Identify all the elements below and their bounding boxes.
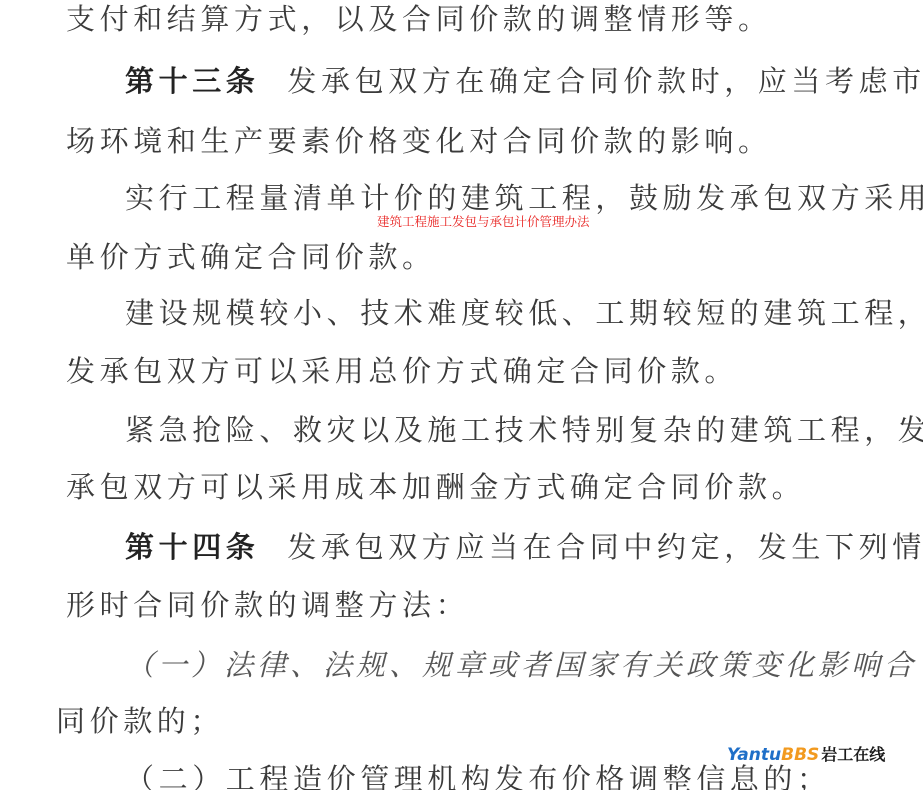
yantubbs-logo: YantuBBS岩工在线 [727,744,885,766]
article-14-text: 发承包双方应当在合同中约定，发生下列情 [287,530,923,564]
text-line-14: （二）工程造价管理机构发布价格调整信息的； [125,762,831,790]
text-line-9: 承包双方可以采用成本加酬金方式确定合同价款。 [66,470,805,504]
text-line-5: 单价方式确定合同价款。 [66,240,436,274]
logo-yantu: Yantu [727,745,781,765]
text-line-3: 场环境和生产要素价格变化对合同价款的影响。 [66,124,772,158]
text-line-12: （一）法律、法规、规章或者国家有关政策变化影响合 [125,648,917,682]
article-13-line: 第十三条发承包双方在确定合同价款时，应当考虑市 [125,64,923,98]
article-14-line: 第十四条发承包双方应当在合同中约定，发生下列情 [125,530,923,564]
text-line-1: 支付和结算方式，以及合同价款的调整情形等。 [66,2,772,36]
article-13-heading: 第十三条 [125,64,259,98]
text-line-13: 同价款的； [56,704,224,738]
watermark-title: 建筑工程施工发包与承包计价管理办法 [377,212,590,230]
text-line-4: 实行工程量清单计价的建筑工程，鼓励发承包双方采用 [125,181,923,215]
text-line-11: 形时合同价款的调整方法： [66,588,469,622]
text-line-8: 紧急抢险、救灾以及施工技术特别复杂的建筑工程，发 [125,413,923,447]
logo-chinese: 岩工在线 [821,745,885,764]
article-13-text: 发承包双方在确定合同价款时，应当考虑市 [287,64,923,98]
text-line-6: 建设规模较小、技术难度较低、工期较短的建筑工程， [125,296,923,330]
logo-bbs: BBS [781,745,819,765]
article-14-heading: 第十四条 [125,530,259,564]
text-line-7: 发承包双方可以采用总价方式确定合同价款。 [66,354,738,388]
